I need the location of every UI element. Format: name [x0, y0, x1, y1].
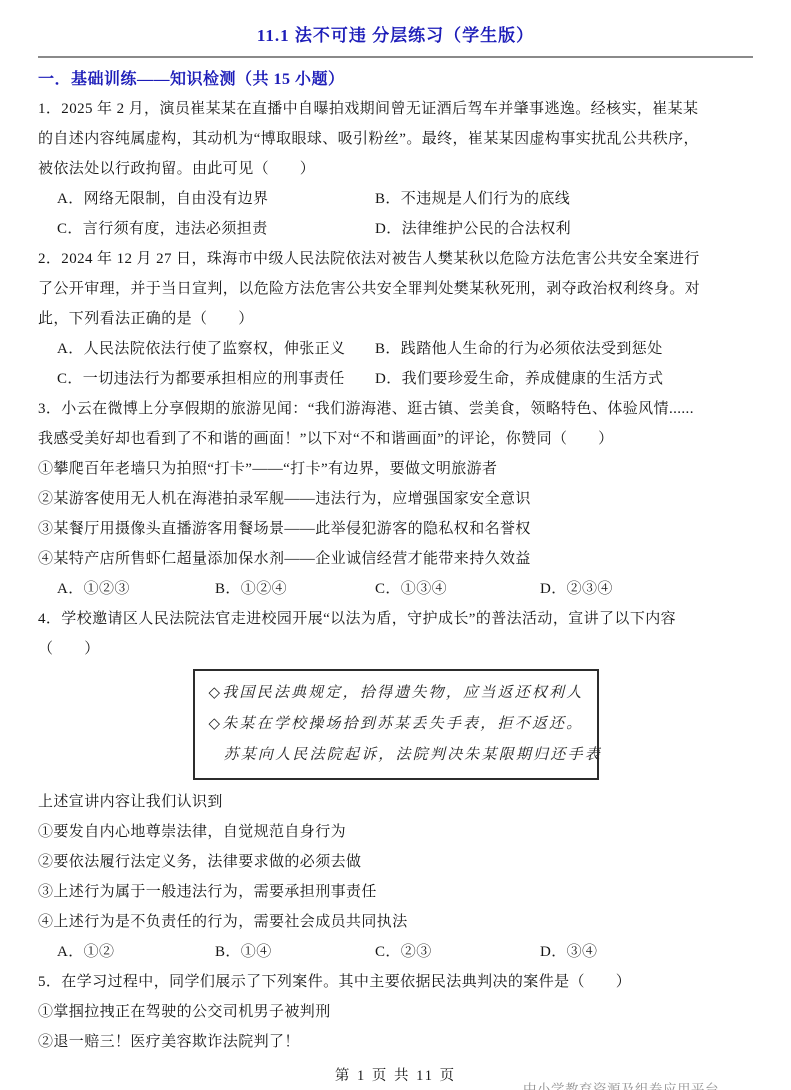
- question-4-statement-4: ④上述行为是不负责任的行为，需要社会成员共同执法: [38, 907, 753, 937]
- question-3-statement-2: ②某游客使用无人机在海港拍录军舰——违法行为，应增强国家安全意识: [38, 484, 753, 514]
- question-4-statement-3: ③上述行为属于一般违法行为，需要承担刑事责任: [38, 877, 753, 907]
- question-3-statement-4: ④某特产店所售虾仁超量添加保水剂——企业诚信经营才能带来持久效益: [38, 544, 753, 574]
- case-box-line: ◇我国民法典规定，拾得遗失物，应当返还权利人: [209, 678, 585, 709]
- question-2-text-line: 了公开审理，并于当日宣判，以危险方法危害公共安全罪判处樊某秋死刑，剥夺政治权利终…: [38, 274, 753, 304]
- question-list: 1．2025 年 2 月，演员崔某某在直播中自曝拍戏期间曾无证酒后驾车并肇事逃逸…: [0, 94, 791, 1057]
- case-text-box: ◇我国民法典规定，拾得遗失物，应当返还权利人 ◇朱某在学校操场拾到苏某丢失手表，…: [193, 669, 599, 780]
- page-title: 11.1 法不可违 分层练习（学生版）: [0, 0, 791, 46]
- case-box-line: ◇朱某在学校操场拾到苏某丢失手表，拒不返还。: [209, 709, 585, 740]
- question-4-option-b: B．①④: [215, 937, 375, 967]
- question-4-options-row: A．①② B．①④ C．②③ D．③④: [38, 937, 753, 967]
- question-1-option-a: A．网络无限制，自由没有边界: [57, 184, 375, 214]
- question-2-option-b: B．践踏他人生命的行为必须依法受到惩处: [375, 334, 663, 364]
- question-4-option-a: A．①②: [57, 937, 215, 967]
- question-1: 1．2025 年 2 月，演员崔某某在直播中自曝拍戏期间曾无证酒后驾车并肇事逃逸…: [38, 94, 753, 244]
- question-2-options-row: A．人民法院依法行使了监察权，伸张正义 B．践踏他人生命的行为必须依法受到惩处: [38, 334, 753, 364]
- question-3-statement-3: ③某餐厅用摄像头直播游客用餐场景——此举侵犯游客的隐私权和名誉权: [38, 514, 753, 544]
- question-5-text-line: 5．在学习过程中，同学们展示了下列案件。其中主要依据民法典判决的案件是（ ）: [38, 967, 753, 997]
- question-3-text-line: 3．小云在微博上分享假期的旅游见闻：“我们游海港、逛古镇、尝美食，领略特色、体验…: [38, 394, 753, 424]
- question-2-text-line: 此，下列看法正确的是（ ）: [38, 304, 753, 334]
- section-heading: 一．基础训练——知识检测（共 15 小题）: [38, 66, 753, 94]
- question-1-text-line: 1．2025 年 2 月，演员崔某某在直播中自曝拍戏期间曾无证酒后驾车并肇事逃逸…: [38, 94, 753, 124]
- question-1-option-d: D．法律维护公民的合法权利: [375, 214, 571, 244]
- question-2: 2．2024 年 12 月 27 日，珠海市中级人民法院依法对被告人樊某秋以危险…: [38, 244, 753, 394]
- question-5-statement-2: ②退一赔三！医疗美容欺诈法院判了！: [38, 1027, 753, 1057]
- question-2-option-a: A．人民法院依法行使了监察权，伸张正义: [57, 334, 375, 364]
- question-5-statement-1: ①掌掴拉拽正在驾驶的公交司机男子被判刑: [38, 997, 753, 1027]
- header-divider: [38, 56, 753, 58]
- question-3-text-line: 我感受美好却也看到了不和谐的画面！”以下对“不和谐画面”的评论，你赞同（ ）: [38, 424, 753, 454]
- watermark-text-clipped: 中小学教育资源及组卷应用平台: [523, 1082, 723, 1090]
- question-3-option-c: C．①③④: [375, 574, 540, 604]
- question-3: 3．小云在微博上分享假期的旅游见闻：“我们游海港、逛古镇、尝美食，领略特色、体验…: [38, 394, 753, 604]
- question-5: 5．在学习过程中，同学们展示了下列案件。其中主要依据民法典判决的案件是（ ） ①…: [38, 967, 753, 1057]
- question-1-text-line: 的自述内容纯属虚构，其动机为“博取眼球、吸引粉丝”。最终，崔某某因虚构事实扰乱公…: [38, 124, 753, 154]
- question-4-lead-text: 上述宣讲内容让我们认识到: [38, 787, 753, 817]
- question-4-option-c: C．②③: [375, 937, 540, 967]
- question-3-statement-1: ①攀爬百年老墙只为拍照“打卡”——“打卡”有边界，要做文明旅游者: [38, 454, 753, 484]
- question-1-options-row: A．网络无限制，自由没有边界 B．不违规是人们行为的底线: [38, 184, 753, 214]
- question-4-option-d: D．③④: [540, 937, 597, 967]
- question-1-text-line: 被依法处以行政拘留。由此可见（ ）: [38, 154, 753, 184]
- question-2-option-c: C．一切违法行为都要承担相应的刑事责任: [57, 364, 375, 394]
- question-3-option-a: A．①②③: [57, 574, 215, 604]
- question-3-options-row: A．①②③ B．①②④ C．①③④ D．②③④: [38, 574, 753, 604]
- question-2-option-d: D．我们要珍爱生命，养成健康的生活方式: [375, 364, 663, 394]
- question-4-statement-2: ②要依法履行法定义务，法律要求做的必须去做: [38, 847, 753, 877]
- case-box-line: 苏某向人民法院起诉，法院判决朱某限期归还手表: [209, 740, 585, 771]
- question-4: 4．学校邀请区人民法院法官走进校园开展“以法为盾，守护成长”的普法活动，宣讲了以…: [38, 604, 753, 967]
- question-4-statement-1: ①要发自内心地尊崇法律，自觉规范自身行为: [38, 817, 753, 847]
- question-1-option-c: C．言行须有度，违法必须担责: [57, 214, 375, 244]
- question-4-text-line: 4．学校邀请区人民法院法官走进校园开展“以法为盾，守护成长”的普法活动，宣讲了以…: [38, 604, 753, 634]
- question-2-text-line: 2．2024 年 12 月 27 日，珠海市中级人民法院依法对被告人樊某秋以危险…: [38, 244, 753, 274]
- question-4-text-line: （ ）: [38, 634, 753, 664]
- question-2-options-row: C．一切违法行为都要承担相应的刑事责任 D．我们要珍爱生命，养成健康的生活方式: [38, 364, 753, 394]
- question-1-option-b: B．不违规是人们行为的底线: [375, 184, 570, 214]
- question-3-option-d: D．②③④: [540, 574, 613, 604]
- worksheet-page: 11.1 法不可违 分层练习（学生版） 一．基础训练——知识检测（共 15 小题…: [0, 0, 791, 1090]
- question-3-option-b: B．①②④: [215, 574, 375, 604]
- question-1-options-row: C．言行须有度，违法必须担责 D．法律维护公民的合法权利: [38, 214, 753, 244]
